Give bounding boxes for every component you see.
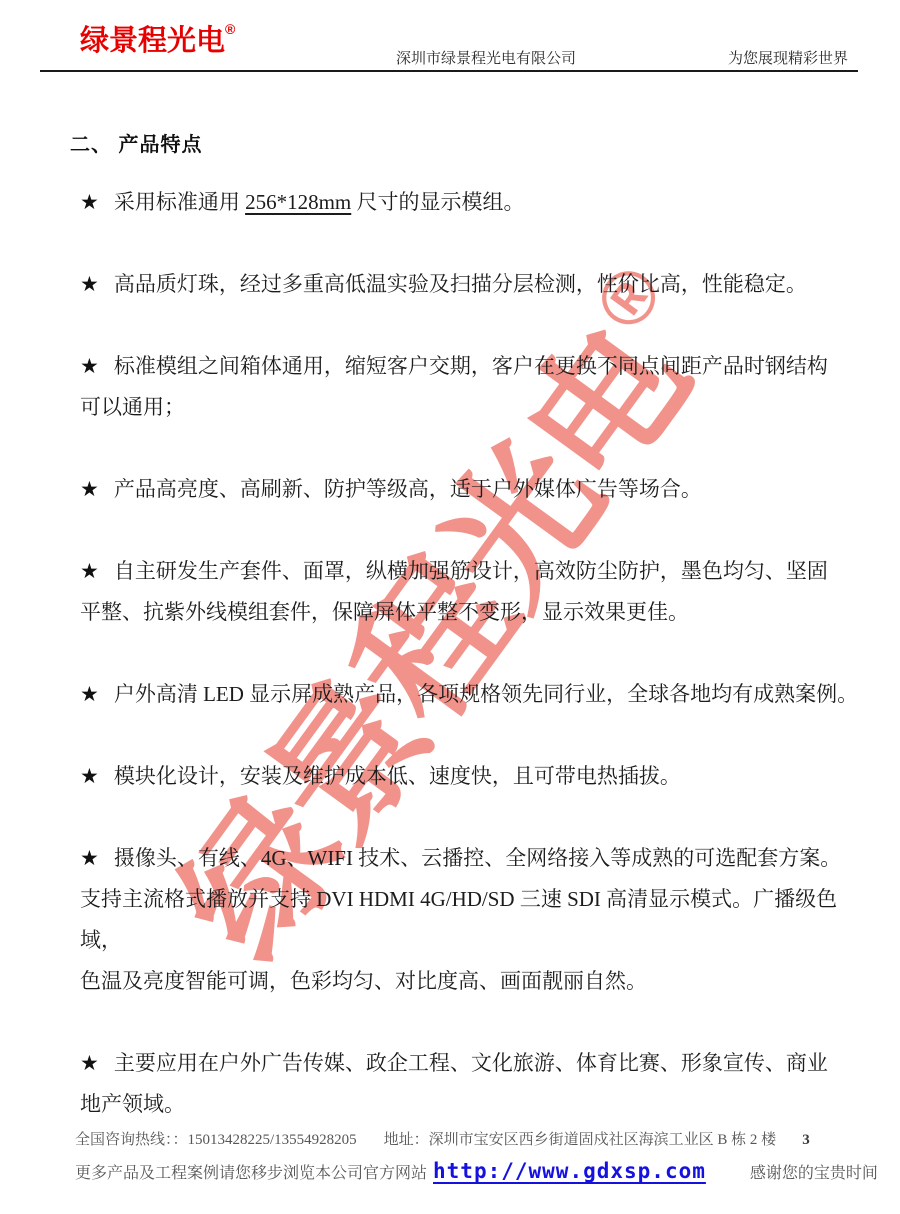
feature-line: ★主要应用在户外广告传媒、政企工程、文化旅游、体育比赛、形象宣传、商业: [80, 1043, 875, 1084]
feature-text: 产品高亮度、高刷新、防护等级高，适于户外媒体广告等场合。: [114, 477, 702, 501]
feature-line: ★户外高清 LED 显示屏成熟产品，各项规格领先同行业，全球各地均有成熟案例。: [80, 674, 875, 715]
feature-line: ★采用标准通用 256*128mm 尺寸的显示模组。: [80, 182, 875, 223]
registered-trademark-icon: ®: [225, 21, 235, 37]
footer-line-1: 全国咨询热线：：15013428225/13554928205地址：深圳市宝安区…: [75, 1128, 810, 1149]
feature-line: 可以通用；: [80, 387, 875, 428]
footer-more-text: 更多产品及工程案例请您移步浏览本公司官方网站: [75, 1165, 427, 1182]
star-bullet-icon: ★: [80, 756, 99, 797]
module-size-underlined: 256*128mm: [245, 190, 351, 214]
feature-item: ★主要应用在户外广告传媒、政企工程、文化旅游、体育比赛、形象宣传、商业 地产领域…: [80, 1043, 875, 1125]
page-number: 3: [802, 1132, 810, 1148]
feature-text: 标准模组之间箱体通用，缩短客户交期，客户在更换不同点间距产品时钢结构: [114, 354, 828, 378]
feature-item: ★模块化设计，安装及维护成本低、速度快，且可带电热插拔。: [80, 756, 875, 797]
feature-line: 色温及亮度智能可调，色彩均匀、对比度高、画面靓丽自然。: [80, 961, 875, 1002]
logo-text: 绿景程光电: [80, 25, 225, 57]
star-bullet-icon: ★: [80, 838, 99, 879]
feature-item: ★自主研发生产套件、面罩，纵横加强筋设计，高效防尘防护，墨色均匀、坚固 平整、抗…: [80, 551, 875, 633]
star-bullet-icon: ★: [80, 346, 99, 387]
feature-text: 模块化设计，安装及维护成本低、速度快，且可带电热插拔。: [114, 764, 681, 788]
star-bullet-icon: ★: [80, 264, 99, 305]
feature-item: ★高品质灯珠，经过多重高低温实验及扫描分层检测，性价比高，性能稳定。: [80, 264, 875, 305]
footer-line-2: 更多产品及工程案例请您移步浏览本公司官方网站http://www.gdxsp.c…: [75, 1159, 878, 1183]
feature-line: ★标准模组之间箱体通用，缩短客户交期，客户在更换不同点间距产品时钢结构: [80, 346, 875, 387]
feature-line: ★自主研发生产套件、面罩，纵横加强筋设计，高效防尘防护，墨色均匀、坚固: [80, 551, 875, 592]
feature-line: ★产品高亮度、高刷新、防护等级高，适于户外媒体广告等场合。: [80, 469, 875, 510]
website-link[interactable]: http://www.gdxsp.com: [433, 1159, 706, 1183]
feature-text: 采用标准通用: [114, 190, 245, 214]
feature-list: ★采用标准通用 256*128mm 尺寸的显示模组。 ★高品质灯珠，经过多重高低…: [80, 182, 875, 1166]
header-company-name: 深圳市绿景程光电有限公司: [396, 47, 576, 68]
footer-thanks-text: 感谢您的宝贵时间: [750, 1165, 878, 1182]
feature-text: 自主研发生产套件、面罩，纵横加强筋设计，高效防尘防护，墨色均匀、坚固: [114, 559, 828, 583]
document-page: 绿景程光电® 绿景程光电® 深圳市绿景程光电有限公司 为您展现精彩世界 二、 产…: [0, 0, 900, 1214]
feature-text: 高品质灯珠，经过多重高低温实验及扫描分层检测，性价比高，性能稳定。: [114, 272, 807, 296]
feature-line: 支持主流格式播放并支持 DVI HDMI 4G/HD/SD 三速 SDI 高清显…: [80, 879, 875, 961]
feature-item: ★采用标准通用 256*128mm 尺寸的显示模组。: [80, 182, 875, 223]
star-bullet-icon: ★: [80, 469, 99, 510]
address-text: 地址：深圳市宝安区西乡街道固戍社区海滨工业区 B 栋 2 楼: [384, 1132, 777, 1148]
star-bullet-icon: ★: [80, 551, 99, 592]
hotline-text: 全国咨询热线：：15013428225/13554928205: [75, 1132, 357, 1148]
star-bullet-icon: ★: [80, 1043, 99, 1084]
feature-line: ★模块化设计，安装及维护成本低、速度快，且可带电热插拔。: [80, 756, 875, 797]
feature-line: 平整、抗紫外线模组套件，保障屏体平整不变形，显示效果更佳。: [80, 592, 875, 633]
star-bullet-icon: ★: [80, 674, 99, 715]
feature-text: 尺寸的显示模组。: [351, 190, 524, 214]
feature-item: ★产品高亮度、高刷新、防护等级高，适于户外媒体广告等场合。: [80, 469, 875, 510]
feature-line: ★摄像头、有线、4G、WIFI 技术、云播控、全网络接入等成熟的可选配套方案。: [80, 838, 875, 879]
feature-text: 户外高清 LED 显示屏成熟产品，各项规格领先同行业，全球各地均有成熟案例。: [114, 682, 858, 706]
company-logo: 绿景程光电®: [80, 22, 235, 56]
feature-line: ★高品质灯珠，经过多重高低温实验及扫描分层检测，性价比高，性能稳定。: [80, 264, 875, 305]
feature-item: ★户外高清 LED 显示屏成熟产品，各项规格领先同行业，全球各地均有成熟案例。: [80, 674, 875, 715]
feature-item: ★标准模组之间箱体通用，缩短客户交期，客户在更换不同点间距产品时钢结构 可以通用…: [80, 346, 875, 428]
header-slogan: 为您展现精彩世界: [728, 47, 848, 68]
section-title: 二、 产品特点: [70, 128, 203, 157]
feature-item: ★摄像头、有线、4G、WIFI 技术、云播控、全网络接入等成熟的可选配套方案。 …: [80, 838, 875, 1002]
feature-text: 摄像头、有线、4G、WIFI 技术、云播控、全网络接入等成熟的可选配套方案。: [114, 846, 841, 870]
star-bullet-icon: ★: [80, 182, 99, 223]
feature-line: 地产领域。: [80, 1084, 875, 1125]
header-divider: [40, 70, 858, 72]
feature-text: 主要应用在户外广告传媒、政企工程、文化旅游、体育比赛、形象宣传、商业: [114, 1051, 828, 1075]
